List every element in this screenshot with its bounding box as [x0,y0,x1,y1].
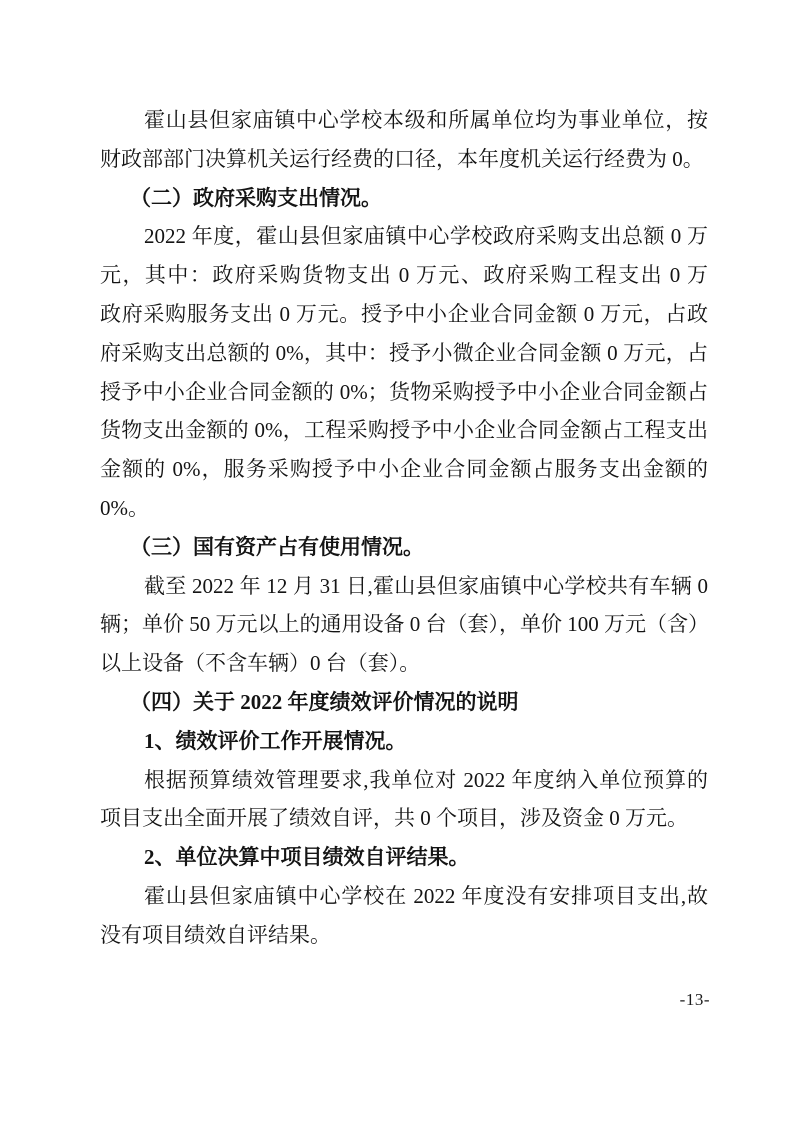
paragraph-assets-detail: 截至 2022 年 12 月 31 日,霍山县但家庙镇中心学校共有车辆 0 辆；… [100,567,708,683]
text-line: 截至 2022 年 12 月 31 日,霍山县但家庙镇中心学校共有车辆 0 [100,567,708,606]
text-line: 财政部部门决算机关运行经费的口径，本年度机关运行经费为 0。 [100,140,708,179]
heading-government-procurement: （二）政府采购支出情况。 [100,179,708,218]
text-line: 项目支出全面开展了绩效自评，共 0 个项目，涉及资金 0 万元。 [100,799,708,838]
text-line: 以上设备（不含车辆）0 台（套）。 [100,644,708,683]
text-line: 0%。 [100,489,708,528]
paragraph-performance-work-detail: 根据预算绩效管理要求,我单位对 2022 年度纳入单位预算的 项目支出全面开展了… [100,761,708,839]
text-line: 辆；单价 50 万元以上的通用设备 0 台（套），单价 100 万元（含） [100,605,708,644]
document-page: 霍山县但家庙镇中心学校本级和所属单位均为事业单位，按照 财政部部门决算机关运行经… [0,0,793,1122]
paragraph-self-evaluation-detail: 霍山县但家庙镇中心学校在 2022 年度没有安排项目支出,故 没有项目绩效自评结… [100,877,708,955]
heading-performance-work: 1、绩效评价工作开展情况。 [100,722,708,761]
heading-self-evaluation-result: 2、单位决算中项目绩效自评结果。 [100,838,708,877]
page-number: -13- [680,990,710,1010]
text-line: 霍山县但家庙镇中心学校本级和所属单位均为事业单位，按照 [100,101,708,140]
paragraph-procurement-detail: 2022 年度，霍山县但家庙镇中心学校政府采购支出总额 0 万 元，其中：政府采… [100,217,708,527]
heading-performance-evaluation: （四）关于 2022 年度绩效评价情况的说明 [100,683,708,722]
text-line: 货物支出金额的 0%，工程采购授予中小企业合同金额占工程支出 [100,411,708,450]
text-line: 授予中小企业合同金额的 0%；货物采购授予中小企业合同金额占 [100,373,708,412]
heading-state-assets: （三）国有资产占有使用情况。 [100,528,708,567]
document-content: 霍山县但家庙镇中心学校本级和所属单位均为事业单位，按照 财政部部门决算机关运行经… [100,101,708,955]
text-line: 2022 年度，霍山县但家庙镇中心学校政府采购支出总额 0 万 [100,217,708,256]
paragraph-agency-operating-expense: 霍山县但家庙镇中心学校本级和所属单位均为事业单位，按照 财政部部门决算机关运行经… [100,101,708,179]
text-line: 元，其中：政府采购货物支出 0 万元、政府采购工程支出 0 万元、 [100,256,708,295]
text-line: 政府采购服务支出 0 万元。授予中小企业合同金额 0 万元，占政 [100,295,708,334]
text-line: 霍山县但家庙镇中心学校在 2022 年度没有安排项目支出,故 [100,877,708,916]
text-line: 府采购支出总额的 0%，其中：授予小微企业合同金额 0 万元，占 [100,334,708,373]
text-line: 金额的 0%，服务采购授予中小企业合同金额占服务支出金额的 [100,450,708,489]
text-line: 根据预算绩效管理要求,我单位对 2022 年度纳入单位预算的 [100,761,708,800]
text-line: 没有项目绩效自评结果。 [100,916,708,955]
